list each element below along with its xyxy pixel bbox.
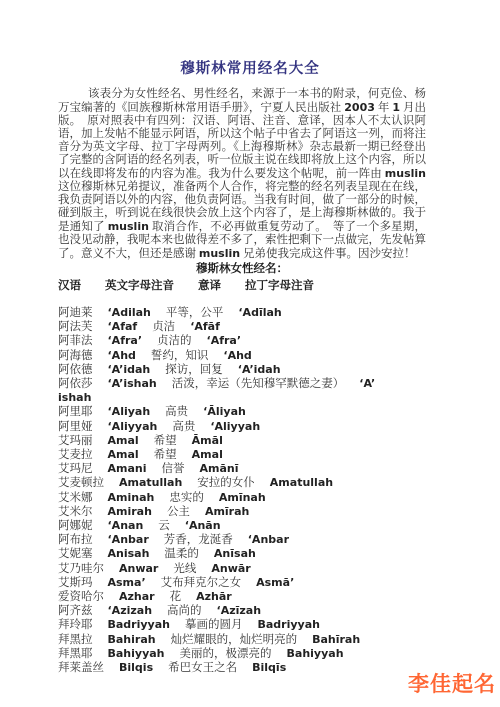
- name-chinese: 阿依德: [58, 364, 93, 376]
- name-latin-phonetic: ‘Azīzah: [217, 604, 262, 617]
- table-row: 艾米娜Aminah忠实的Amīnah: [58, 491, 500, 505]
- column-header: 汉语: [58, 280, 81, 292]
- name-latin-phonetic: Bahīrah: [312, 633, 360, 646]
- name-english-phonetic: ‘Anan: [108, 519, 144, 532]
- name-meaning: 芳香，龙涎香: [164, 534, 233, 546]
- table-row: 艾麦顿拉Amatullah安拉的女仆Amatullah: [58, 476, 500, 490]
- name-english-phonetic: ‘Azizah: [108, 604, 153, 617]
- name-latin-phonetic: Amīnah: [219, 491, 266, 504]
- name-english-phonetic: ‘Aliyah: [108, 405, 151, 418]
- name-chinese: 阿迪莱: [58, 307, 93, 319]
- name-chinese: 拜黑耶: [58, 648, 93, 660]
- name-english-phonetic: Amatullah: [119, 476, 182, 489]
- names-table: 阿迪莱‘Adilah平等，公平‘Adīlah阿法芙‘Afaf贞洁‘Afāf阿菲法…: [58, 306, 500, 675]
- table-row: 阿依莎‘A’ishah活泼，幸运（先知穆罕默德之妻）‘A’: [58, 377, 500, 391]
- table-row: 阿里娅‘Aliyyah高贵‘Aliyyah: [58, 420, 500, 434]
- table-row: 艾玛尼Amani信誉Amānī: [58, 462, 500, 476]
- name-latin-phonetic: Anīsah: [214, 547, 256, 560]
- table-row: 阿依德‘A’idah探访，回复‘A’idah: [58, 363, 500, 377]
- name-chinese: 阿里耶: [58, 406, 93, 418]
- table-header-row: 汉语英文字母注音意译拉丁字母注音: [58, 279, 500, 293]
- name-latin-phonetic: ‘Aliyyah: [210, 420, 260, 433]
- name-meaning: 光线: [173, 563, 196, 575]
- name-chinese: 艾麦顿拉: [58, 477, 104, 489]
- name-meaning: 忠实的: [169, 492, 204, 504]
- name-chinese: 艾斯玛: [58, 577, 93, 589]
- name-chinese: 拜黑拉: [58, 634, 93, 646]
- name-meaning: 艾布拜克尔之女: [161, 577, 242, 589]
- name-meaning: 贞洁: [152, 321, 175, 333]
- name-english-phonetic: Amani: [108, 462, 147, 475]
- name-latin-phonetic: ‘Āliyah: [203, 405, 246, 418]
- name-chinese: 艾玛尼: [58, 463, 93, 475]
- name-meaning: 誓约，知识: [151, 350, 209, 362]
- table-row: 爱资哈尔Azhar花Azhār: [58, 590, 500, 604]
- name-meaning: 公主: [167, 506, 190, 518]
- name-latin-phonetic: Bahiyyah: [287, 647, 344, 660]
- name-chinese: 阿依莎: [58, 378, 93, 390]
- name-meaning: 活泼，幸运（先知穆罕默德之妻）: [172, 378, 345, 390]
- name-meaning: 高贵: [172, 421, 195, 433]
- section-title: 穆斯林女性经名：: [58, 262, 426, 276]
- name-meaning: 高尚的: [167, 605, 202, 617]
- name-chinese: 爱资哈尔: [58, 591, 104, 603]
- name-english-phonetic: ‘Adilah: [108, 306, 151, 319]
- intro-latin-text: 2003: [344, 101, 375, 114]
- name-english-phonetic: ‘Afaf: [108, 320, 138, 333]
- name-latin-phonetic: Anwār: [211, 562, 250, 575]
- name-latin-phonetic: ‘Afra’: [207, 334, 242, 347]
- name-latin-phonetic: ‘Ahd: [223, 349, 251, 362]
- intro-latin-text: 1: [392, 101, 400, 114]
- name-meaning: 美丽的，极漂亮的: [180, 648, 272, 660]
- name-english-phonetic: Bilqis: [119, 661, 153, 674]
- name-latin-phonetic: Asmā’: [256, 576, 294, 589]
- table-row: 阿齐兹‘Azizah高尚的‘Azīzah: [58, 604, 500, 618]
- table-row: 阿里耶‘Aliyah高贵‘Āliyah: [58, 405, 500, 419]
- name-meaning: 安拉的女仆: [197, 477, 255, 489]
- intro-latin-text: muslin: [108, 220, 149, 233]
- table-row: 阿布拉‘Anbar芳香，龙涎香‘Anbar: [58, 533, 500, 547]
- name-latin-phonetic: Amal: [192, 448, 223, 461]
- name-english-phonetic: Bahirah: [108, 633, 156, 646]
- name-latin-phonetic: Amīrah: [205, 505, 249, 518]
- name-meaning: 摹画的圆月: [185, 619, 243, 631]
- name-meaning: 希望: [154, 435, 177, 447]
- intro-latin-text: muslin: [385, 167, 426, 180]
- table-row: 艾米尔Amirah公主Amīrah: [58, 505, 500, 519]
- name-latin-phonetic: Amānī: [200, 462, 239, 475]
- name-chinese: 阿菲法: [58, 335, 93, 347]
- name-english-phonetic: Amal: [108, 448, 139, 461]
- name-chinese: 拜玲耶: [58, 619, 93, 631]
- watermark: 李佳起名: [408, 668, 496, 698]
- name-meaning: 平等，公平: [166, 307, 224, 319]
- name-english-phonetic: ‘Aliyyah: [108, 420, 158, 433]
- name-english-phonetic: Amal: [108, 434, 139, 447]
- name-meaning: 温柔的: [164, 548, 199, 560]
- name-chinese: 艾米尔: [58, 506, 93, 518]
- name-english-phonetic: ‘A’ishah: [108, 377, 157, 390]
- name-english-phonetic: Asma’: [108, 576, 146, 589]
- name-meaning: 希巴女王之名: [168, 662, 237, 674]
- name-chinese: 艾玛丽: [58, 435, 93, 447]
- name-meaning: 云: [158, 520, 170, 532]
- name-chinese: 艾麦拉: [58, 449, 93, 461]
- name-latin-phonetic: ‘Anān: [185, 519, 221, 532]
- name-latin-phonetic: Amatullah: [270, 476, 333, 489]
- name-latin-phonetic: Badriyyah: [257, 618, 319, 631]
- page-title: 穆斯林常用经名大全: [0, 0, 500, 78]
- name-latin-phonetic: ‘A’: [359, 377, 375, 390]
- table-row: 艾妮塞Anisah温柔的Anīsah: [58, 547, 500, 561]
- document-page: 穆斯林常用经名大全 该表分为女性经名、男性经名，来源于一本书的附录，何克俭、杨万…: [0, 0, 500, 707]
- name-chinese: 阿海德: [58, 350, 93, 362]
- name-chinese: 拜莱盖丝: [58, 662, 104, 674]
- name-latin-phonetic: Bilqīs: [252, 661, 286, 674]
- name-english-phonetic: ‘Ahd: [108, 349, 136, 362]
- table-row: 艾乃哇尔Anwar光线Anwār: [58, 562, 500, 576]
- name-chinese: 阿法芙: [58, 321, 93, 333]
- name-meaning: 信誉: [162, 463, 185, 475]
- name-chinese: 艾乃哇尔: [58, 563, 104, 575]
- column-header: 意译: [198, 280, 221, 292]
- intro-latin-text: muslin: [199, 247, 240, 260]
- name-latin-phonetic: Āmāl: [192, 434, 223, 447]
- name-english-phonetic: ‘A’idah: [108, 363, 151, 376]
- name-english-phonetic: Aminah: [108, 491, 155, 504]
- name-chinese: 阿里娅: [58, 421, 93, 433]
- name-meaning: 高贵: [165, 406, 188, 418]
- column-header: 拉丁字母注音: [245, 280, 314, 292]
- name-latin-phonetic: Azhār: [196, 590, 232, 603]
- name-english-phonetic: Anwar: [119, 562, 158, 575]
- column-header: 英文字母注音: [105, 280, 174, 292]
- table-row: ishah: [58, 391, 500, 405]
- name-meaning: 探访，回复: [165, 364, 223, 376]
- name-english-phonetic: Bahiyyah: [108, 647, 165, 660]
- name-chinese: 阿齐兹: [58, 605, 93, 617]
- table-row: 阿娜妮‘Anan云‘Anān: [58, 519, 500, 533]
- name-latin-phonetic: ‘Afāf: [190, 320, 220, 333]
- table-row: 艾玛丽Amal希望Āmāl: [58, 434, 500, 448]
- name-chinese: 阿布拉: [58, 534, 93, 546]
- name-meaning: 贞洁的: [157, 335, 192, 347]
- name-chinese: 艾米娜: [58, 492, 93, 504]
- name-chinese: 艾妮塞: [58, 548, 93, 560]
- name-english-phonetic: ‘Afra’: [108, 334, 143, 347]
- name-english-phonetic: Amirah: [108, 505, 152, 518]
- table-row: 阿法芙‘Afaf贞洁‘Afāf: [58, 320, 500, 334]
- table-row: 艾麦拉Amal希望Amal: [58, 448, 500, 462]
- latin-continuation: ishah: [58, 391, 91, 404]
- name-meaning: 灿烂耀眼的，灿烂明亮的: [171, 634, 298, 646]
- intro-paragraph: 该表分为女性经名、男性经名，来源于一本书的附录，何克俭、杨万宝编著的《回族穆斯林…: [58, 88, 426, 261]
- table-row: 阿迪莱‘Adilah平等，公平‘Adīlah: [58, 306, 500, 320]
- name-latin-phonetic: ‘Adīlah: [238, 306, 281, 319]
- name-english-phonetic: Badriyyah: [108, 618, 170, 631]
- name-chinese: 阿娜妮: [58, 520, 93, 532]
- name-meaning: 花: [170, 591, 182, 603]
- name-latin-phonetic: ‘A’idah: [238, 363, 281, 376]
- name-meaning: 希望: [154, 449, 177, 461]
- table-row: 阿海德‘Ahd誓约，知识‘Ahd: [58, 349, 500, 363]
- name-english-phonetic: Azhar: [119, 590, 155, 603]
- table-row: 拜黑拉Bahirah灿烂耀眼的，灿烂明亮的Bahīrah: [58, 633, 500, 647]
- name-latin-phonetic: ‘Anbar: [248, 533, 289, 546]
- table-row: 艾斯玛Asma’艾布拜克尔之女Asmā’: [58, 576, 500, 590]
- name-english-phonetic: Anisah: [108, 547, 150, 560]
- table-row: 拜玲耶Badriyyah摹画的圆月Badriyyah: [58, 618, 500, 632]
- table-row: 拜黑耶Bahiyyah美丽的，极漂亮的Bahiyyah: [58, 647, 500, 661]
- name-english-phonetic: ‘Anbar: [108, 533, 149, 546]
- table-row: 阿菲法‘Afra’贞洁的‘Afra’: [58, 334, 500, 348]
